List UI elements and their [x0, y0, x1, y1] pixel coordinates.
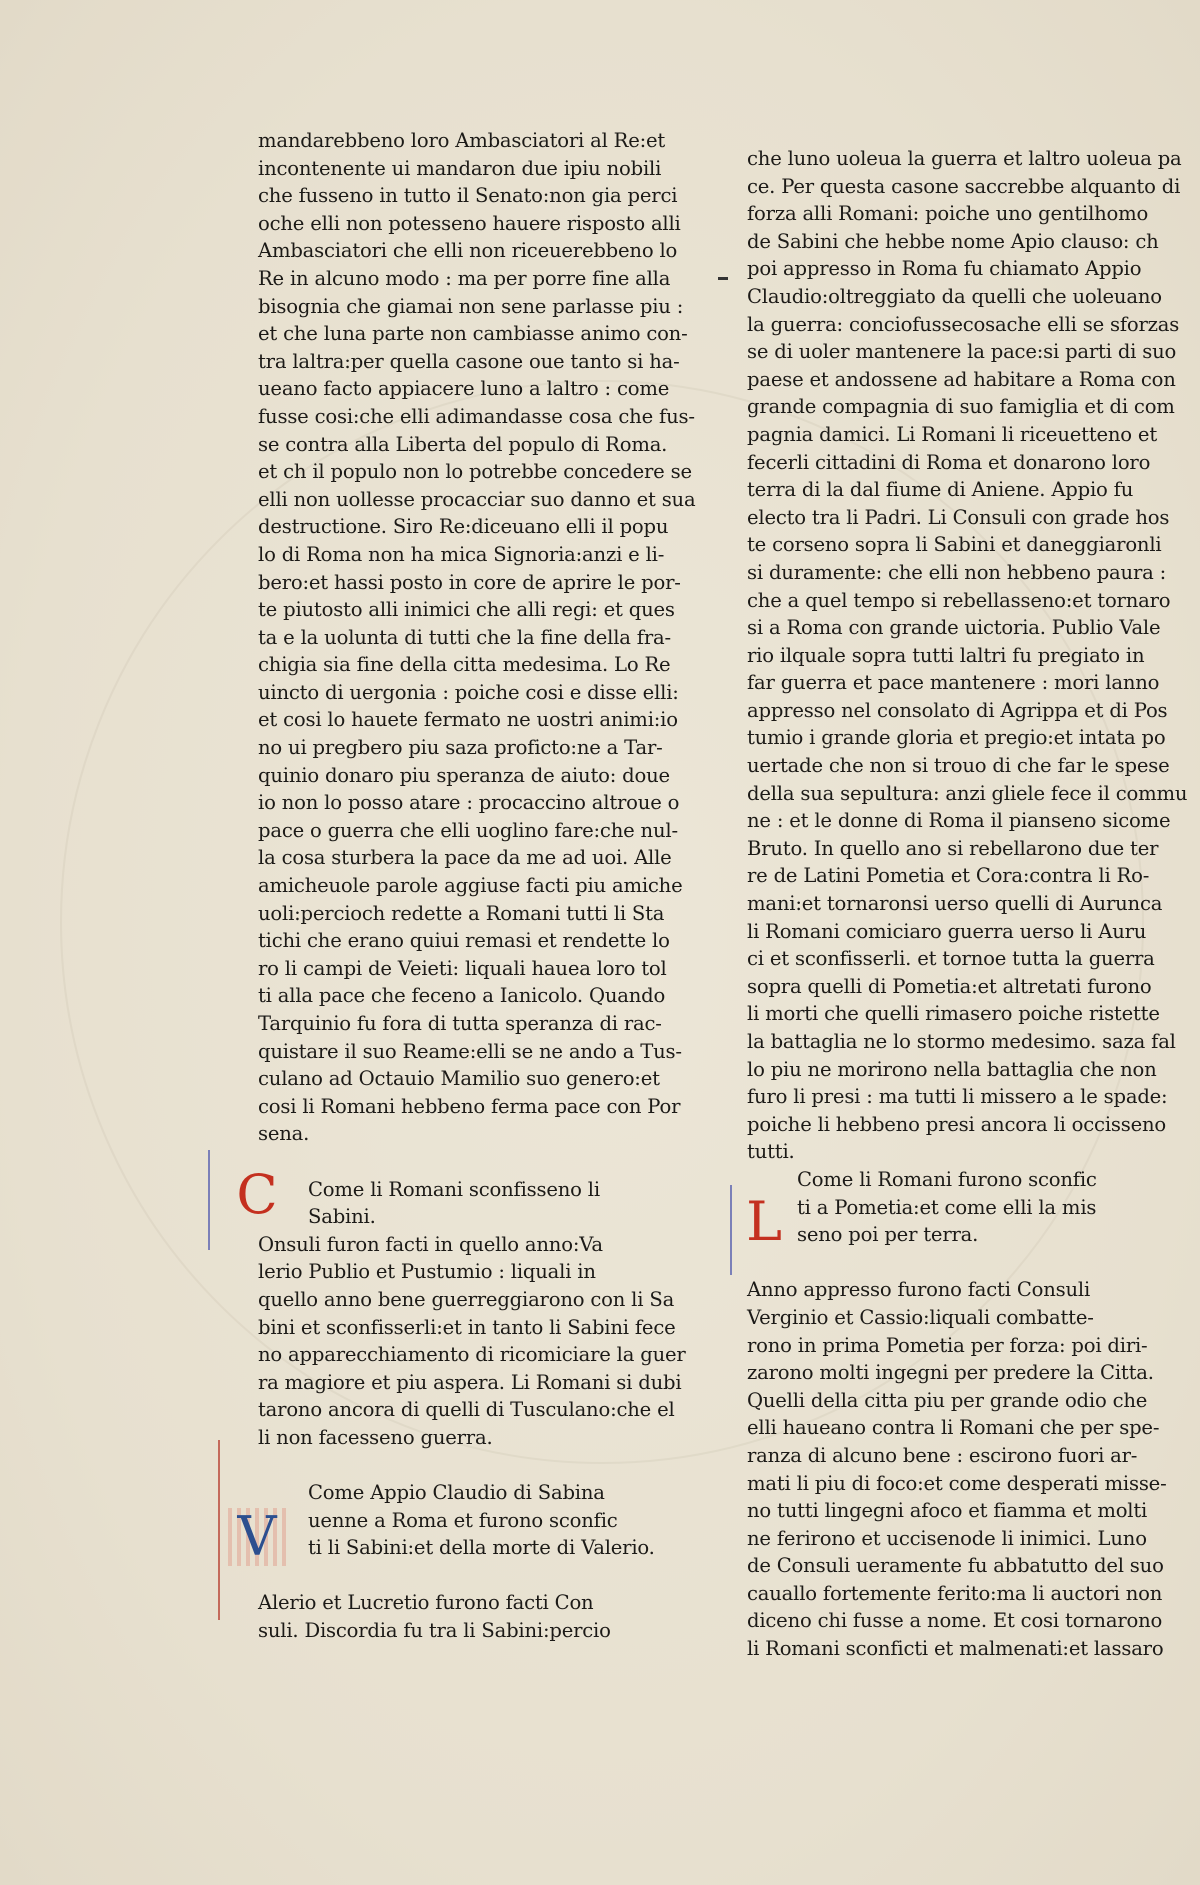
text-line: destructione. Siro Re:diceuano elli il p… [258, 513, 638, 541]
text-line: ce. Per questa casone saccrebbe alquanto… [747, 173, 1127, 201]
marginal-pen-flourish-right [730, 1185, 732, 1275]
text-line: cosi li Romani hebbeno ferma pace con Po… [258, 1093, 638, 1121]
spacer [258, 1452, 638, 1480]
text-line: chigia sia fine della citta medesima. Lo… [258, 651, 638, 679]
text-line: amicheuole parole aggiuse facti piu amic… [258, 872, 638, 900]
text-line: elli non uollesse procacciar suo danno e… [258, 486, 638, 514]
text-line: Come li Romani furono sconfic [747, 1166, 1127, 1194]
text-line: ta e la uolunta di tutti che la fine del… [258, 624, 638, 652]
text-line: io non lo posso atare : procaccino altro… [258, 789, 638, 817]
text-line: Come Appio Claudio di Sabina [258, 1479, 638, 1507]
text-line: electo tra li Padri. Li Consuli con grad… [747, 504, 1127, 532]
text-line: li non facesseno guerra. [258, 1424, 638, 1452]
text-line: ti alla pace che feceno a Ianicolo. Quan… [258, 982, 638, 1010]
text-line: de Sabini che hebbe nome Apio clauso: ch [747, 228, 1127, 256]
text-line: incontenente ui mandaron due ipiu nobili [258, 155, 638, 183]
text-line: et che luna parte non cambiasse animo co… [258, 320, 638, 348]
text-line: Come li Romani sconfisseno li [258, 1176, 638, 1204]
text-line: et ch il populo non lo potrebbe conceder… [258, 458, 638, 486]
text-line: la cosa sturbera la pace da me ad uoi. A… [258, 844, 638, 872]
text-line: oche elli non potesseno hauere risposto … [258, 210, 638, 238]
text-line: Sabini. [258, 1203, 638, 1231]
text-line: bini et sconfisserli:et in tanto li Sabi… [258, 1314, 638, 1342]
text-line: Verginio et Cassio:liquali combatte- [747, 1304, 1127, 1332]
text-line: diceno chi fusse a nome. Et cosi tornaro… [747, 1607, 1127, 1635]
text-line: quinio donaro piu speranza de aiuto: dou… [258, 762, 638, 790]
text-line: bisognia che giamai non sene parlasse pi… [258, 293, 638, 321]
spacer [258, 1148, 638, 1176]
text-line: tutti. [747, 1138, 1127, 1166]
text-line: Anno appresso furono facti Consuli [747, 1276, 1127, 1304]
initial-letter-v: V [228, 1508, 286, 1566]
text-line: li morti che quelli rimasero poiche rist… [747, 1000, 1127, 1028]
marginal-red-flourish [218, 1440, 220, 1620]
text-line: la battaglia ne lo stormo medesimo. saza… [747, 1028, 1127, 1056]
text-line: uenne a Roma et furono sconfic [258, 1507, 638, 1535]
text-line: poiche li hebbeno presi ancora li occiss… [747, 1111, 1127, 1139]
text-line: che luno uoleua la guerra et laltro uole… [747, 145, 1127, 173]
right-column: che luno uoleua la guerra et laltro uole… [747, 145, 1127, 1663]
text-line: culano ad Octauio Mamilio suo genero:et [258, 1065, 638, 1093]
spacer [258, 1562, 638, 1590]
text-line: lerio Publio et Pustumio : liquali in [258, 1258, 638, 1286]
text-line: Bruto. In quello ano si rebellarono due … [747, 835, 1127, 863]
text-line: tumio i grande gloria et pregio:et intat… [747, 724, 1127, 752]
text-line: far guerra et pace mantenere : mori lann… [747, 669, 1127, 697]
text-line: li Romani comiciaro guerra uerso li Auru [747, 918, 1127, 946]
text-line: Onsuli furon facti in quello anno:Va [258, 1231, 638, 1259]
text-line: zarono molti ingegni per predere la Citt… [747, 1359, 1127, 1387]
text-line: forza alli Romani: poiche uno gentilhomo [747, 200, 1127, 228]
margin-mark [718, 277, 728, 280]
text-line: ra magiore et piu aspera. Li Romani si d… [258, 1369, 638, 1397]
text-line: tarono ancora di quelli di Tusculano:che… [258, 1396, 638, 1424]
text-line: paese et andossene ad habitare a Roma co… [747, 366, 1127, 394]
text-line: uertade che non si trouo di che far le s… [747, 752, 1127, 780]
text-line: ci et sconfisserli. et tornoe tutta la g… [747, 945, 1127, 973]
text-line: ranza di alcuno bene : escirono fuori ar… [747, 1442, 1127, 1470]
text-line: sena. [258, 1120, 638, 1148]
text-line: poi appresso in Roma fu chiamato Appio [747, 255, 1127, 283]
text-line: ti li Sabini:et della morte di Valerio. [258, 1534, 638, 1562]
text-line: ueano facto appiacere luno a laltro : co… [258, 375, 638, 403]
text-line: grande compagnia di suo famiglia et di c… [747, 393, 1127, 421]
initial-letter-l: L [735, 1193, 793, 1251]
text-line: lo piu ne morirono nella battaglia che n… [747, 1056, 1127, 1084]
text-line: te piutosto alli inimici che alli regi: … [258, 596, 638, 624]
text-line: Ambasciatori che elli non riceuerebbeno … [258, 237, 638, 265]
marginal-pen-flourish [208, 1150, 210, 1250]
text-line: uoli:percioch redette a Romani tutti li … [258, 900, 638, 928]
text-line: lo di Roma non ha mica Signoria:anzi e l… [258, 541, 638, 569]
text-line: pagnia damici. Li Romani li riceuetteno … [747, 421, 1127, 449]
text-line: elli haueano contra li Romani che per sp… [747, 1414, 1127, 1442]
text-line: mati li piu di foco:et come desperati mi… [747, 1470, 1127, 1498]
text-line: la guerra: conciofussecosache elli se sf… [747, 311, 1127, 339]
text-line: te corseno sopra li Sabini et daneggiaro… [747, 531, 1127, 559]
text-line: furo li presi : ma tutti li missero a le… [747, 1083, 1127, 1111]
text-line: bero:et hassi posto in core de aprire le… [258, 569, 638, 597]
text-line: fecerli cittadini di Roma et donarono lo… [747, 449, 1127, 477]
text-line: suli. Discordia fu tra li Sabini:percio [258, 1617, 638, 1645]
text-line: Alerio et Lucretio furono facti Con [258, 1589, 638, 1617]
text-line: della sua sepultura: anzi gliele fece il… [747, 780, 1127, 808]
text-line: Quelli della citta piu per grande odio c… [747, 1387, 1127, 1415]
spacer [747, 1249, 1127, 1277]
text-line: terra di la dal fiume di Aniene. Appio f… [747, 476, 1127, 504]
text-line: ne ferirono et uccisenode li inimici. Lu… [747, 1525, 1127, 1553]
text-line: et cosi lo hauete fermato ne uostri anim… [258, 706, 638, 734]
text-line: cauallo fortemente ferito:ma li auctori … [747, 1580, 1127, 1608]
text-line: fusse cosi:che elli adimandasse cosa che… [258, 403, 638, 431]
text-line: pace o guerra che elli uoglino fare:che … [258, 817, 638, 845]
text-line: Tarquinio fu fora di tutta speranza di r… [258, 1010, 638, 1038]
text-line: mandarebbeno loro Ambasciatori al Re:et [258, 127, 638, 155]
text-line: tra laltra:per quella casone oue tanto s… [258, 348, 638, 376]
text-line: no ui pregbero piu saza proficto:ne a Ta… [258, 734, 638, 762]
text-line: se contra alla Liberta del populo di Rom… [258, 431, 638, 459]
text-line: uincto di uergonia : poiche cosi e disse… [258, 679, 638, 707]
text-line: che fusseno in tutto il Senato:non gia p… [258, 182, 638, 210]
text-line: Re in alcuno modo : ma per porre fine al… [258, 265, 638, 293]
left-column: mandarebbeno loro Ambasciatori al Re:eti… [258, 127, 638, 1645]
text-line: rono in prima Pometia per forza: poi dir… [747, 1332, 1127, 1360]
text-line: re de Latini Pometia et Cora:contra li R… [747, 862, 1127, 890]
text-line: sopra quelli di Pometia:et altretati fur… [747, 973, 1127, 1001]
text-line: tichi che erano quiui remasi et rendette… [258, 927, 638, 955]
text-line: appresso nel consolato di Agrippa et di … [747, 697, 1127, 725]
text-line: quello anno bene guerreggiarono con li S… [258, 1286, 638, 1314]
text-line: ro li campi de Veieti: liquali hauea lor… [258, 955, 638, 983]
text-line: li Romani sconficti et malmenati:et lass… [747, 1635, 1127, 1663]
text-line: rio ilquale sopra tutti laltri fu pregia… [747, 642, 1127, 670]
text-line: che a quel tempo si rebellasseno:et torn… [747, 587, 1127, 615]
text-line: no tutti lingegni afoco et fiamma et mol… [747, 1497, 1127, 1525]
text-line: se di uoler mantenere la pace:si parti d… [747, 338, 1127, 366]
text-line: ne : et le donne di Roma il pianseno sic… [747, 807, 1127, 835]
text-line: si a Roma con grande uictoria. Publio Va… [747, 614, 1127, 642]
initial-letter-c: C [228, 1166, 286, 1224]
text-line: seno poi per terra. [747, 1221, 1127, 1249]
text-line: mani:et tornaronsi uerso quelli di Aurun… [747, 890, 1127, 918]
text-line: no apparecchiamento di ricomiciare la gu… [258, 1341, 638, 1369]
text-line: ti a Pometia:et come elli la mis [747, 1194, 1127, 1222]
text-line: si duramente: che elli non hebbeno paura… [747, 559, 1127, 587]
text-line: de Consuli ueramente fu abbatutto del su… [747, 1552, 1127, 1580]
text-line: Claudio:oltreggiato da quelli che uoleua… [747, 283, 1127, 311]
text-line: quistare il suo Reame:elli se ne ando a … [258, 1038, 638, 1066]
